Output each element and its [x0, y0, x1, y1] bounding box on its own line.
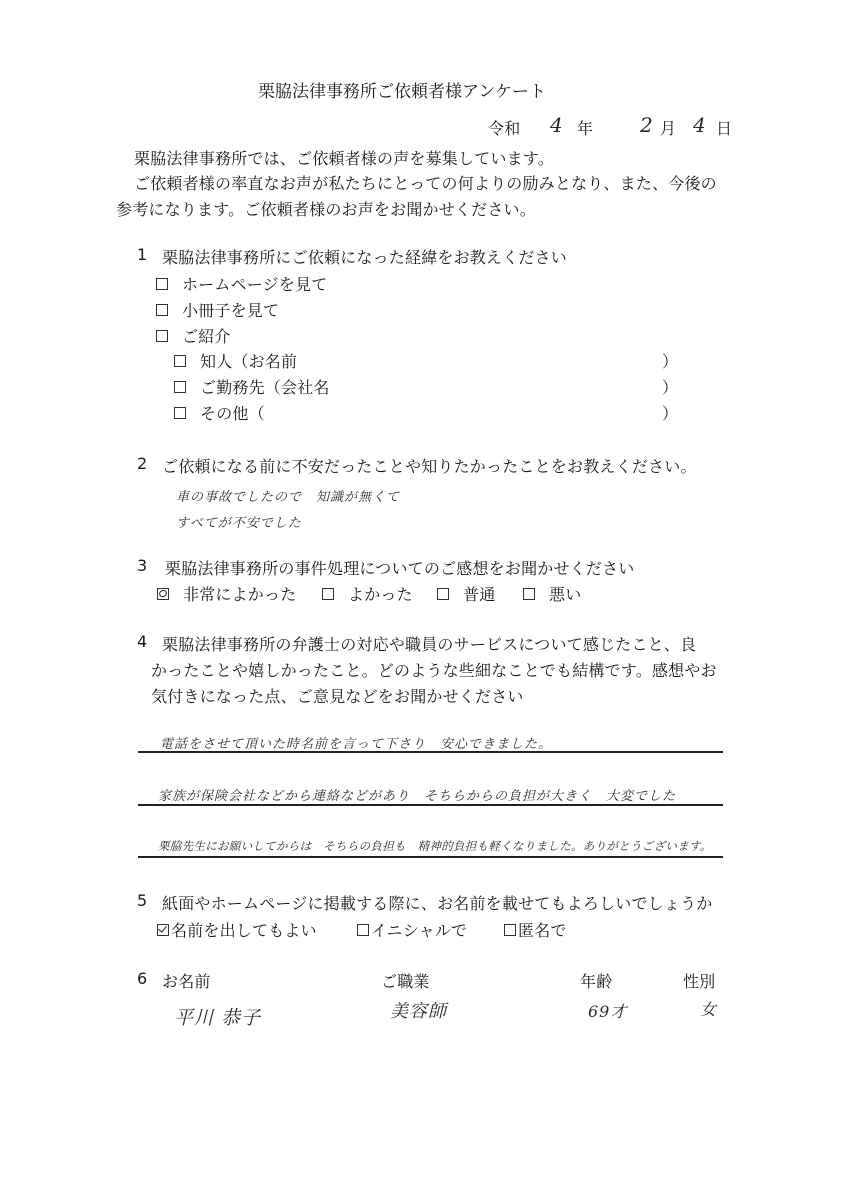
q2-answer-line-1: 車の事故でしたので 知識が無くて	[176, 486, 400, 505]
date-day-value: 4	[693, 113, 707, 137]
q5-option-initials[interactable]: イニシャルで	[357, 918, 467, 941]
option-label: 普通	[463, 582, 495, 605]
q1-option-referral[interactable]: ご紹介	[156, 324, 231, 347]
checkbox[interactable]	[174, 355, 186, 367]
q5-number: 5	[137, 891, 147, 910]
occupation-value: 美容師	[390, 997, 447, 1023]
option-label: よかった	[348, 582, 413, 605]
checkbox[interactable]	[504, 924, 516, 936]
q2-question: ご依頼になる前に不安だったことや知りたかったことをお教えください。	[162, 454, 697, 477]
q6-number: 6	[137, 969, 147, 988]
checkbox[interactable]	[156, 304, 168, 316]
checkbox[interactable]	[156, 330, 168, 342]
q5-option-anonymous[interactable]: 匿名で	[504, 918, 567, 941]
option-label: 悪い	[549, 582, 581, 605]
q3-number: 3	[137, 556, 147, 575]
date-era: 令和	[488, 116, 520, 139]
q1-number: 1	[137, 245, 147, 264]
checkbox[interactable]	[523, 588, 535, 600]
name-value: 平川 恭子	[174, 1003, 261, 1030]
name-label: お名前	[162, 969, 211, 992]
q4-question-line-2: かったことや嬉しかったこと。どのような些細なことでも結構です。感想やお	[151, 658, 717, 681]
q3-question: 栗脇法律事務所の事件処理についてのご感想をお聞かせください	[165, 556, 634, 579]
survey-title: 栗脇法律事務所ご依頼者様アンケート	[258, 77, 546, 102]
option-label: ご紹介	[182, 324, 231, 347]
checkbox[interactable]	[174, 381, 186, 393]
q1-option-booklet[interactable]: 小冊子を見て	[156, 298, 279, 321]
gender-label: 性別	[683, 969, 715, 992]
answer-underline	[138, 856, 723, 858]
option-label: 非常によかった	[183, 582, 296, 605]
date-month-unit: 月	[660, 116, 676, 139]
checkbox[interactable]	[156, 278, 168, 290]
q4-answer-line-2: 家族が保険会社などから連絡などがあり そちらからの負担が大きく 大変でした	[158, 785, 676, 804]
q1-question: 栗脇法律事務所にご依頼になった経緯をお教えください	[162, 245, 567, 268]
answer-underline	[138, 804, 723, 806]
age-label: 年齢	[580, 969, 612, 992]
checkbox[interactable]	[174, 407, 186, 419]
q5-question: 紙面やホームページに掲載する際に、お名前を載せてもよろしいでしょうか	[162, 891, 712, 914]
paren-close: ）	[662, 401, 678, 424]
q3-option-very-good[interactable]: 非常によかった	[157, 582, 296, 605]
q1-sub-option-other[interactable]: その他（	[174, 401, 265, 424]
gender-value: 女	[700, 997, 717, 1020]
q4-answer-line-3: 栗脇先生にお願いしてからは そちらの負担も 精神的負担も軽くなりました。ありがと…	[158, 838, 712, 854]
age-value: 69才	[588, 999, 627, 1022]
q5-option-full-name[interactable]: 名前を出してもよい	[157, 918, 317, 941]
date-month-value: 2	[640, 113, 654, 137]
checkbox[interactable]	[437, 588, 449, 600]
q1-option-homepage[interactable]: ホームページを見て	[156, 272, 327, 295]
q3-option-bad[interactable]: 悪い	[523, 582, 581, 605]
q2-number: 2	[137, 454, 147, 473]
q4-question-line-1: 栗脇法律事務所の弁護士の対応や職員のサービスについて感じたこと、良	[162, 632, 696, 655]
checkbox[interactable]	[322, 588, 334, 600]
option-label: 匿名で	[518, 918, 567, 941]
checkbox-checked[interactable]	[157, 924, 169, 936]
q4-answer-line-1: 電話をさせて頂いた時名前を言って下さり 安心できました。	[160, 733, 552, 752]
option-label: 名前を出してもよい	[171, 918, 317, 941]
option-label: 小冊子を見て	[182, 298, 279, 321]
option-label: ホームページを見て	[182, 272, 327, 295]
intro-line-3: 参考になります。ご依頼者様のお声をお聞かせください。	[116, 197, 536, 220]
q1-sub-option-acquaintance[interactable]: 知人（お名前	[174, 349, 297, 372]
intro-line-1: 栗脇法律事務所では、ご依頼者様の声を募集しています。	[134, 146, 554, 169]
q4-number: 4	[137, 632, 147, 651]
q3-option-good[interactable]: よかった	[322, 582, 413, 605]
date-year-value: 4	[550, 113, 564, 137]
option-label: その他（	[200, 401, 265, 424]
option-label: ご勤務先（会社名	[200, 375, 330, 398]
intro-line-2: ご依頼者様の率直なお声が私たちにとっての何よりの励みとなり、また、今後の	[134, 171, 717, 194]
option-label: イニシャルで	[371, 918, 467, 941]
date-year-unit: 年	[577, 116, 593, 139]
q4-question-line-3: 気付きになった点、ご意見などをお聞かせください	[151, 684, 524, 707]
checkbox-checked[interactable]	[157, 588, 169, 600]
answer-underline	[138, 751, 723, 753]
paren-close: ）	[662, 349, 678, 372]
checkbox[interactable]	[357, 924, 369, 936]
q3-option-average[interactable]: 普通	[437, 582, 495, 605]
occupation-label: ご職業	[381, 969, 430, 992]
q2-answer-line-2: すべてが不安でした	[176, 512, 302, 531]
q1-sub-option-employer[interactable]: ご勤務先（会社名	[174, 375, 330, 398]
date-day-unit: 日	[716, 116, 732, 139]
option-label: 知人（お名前	[200, 349, 297, 372]
paren-close: ）	[662, 375, 678, 398]
